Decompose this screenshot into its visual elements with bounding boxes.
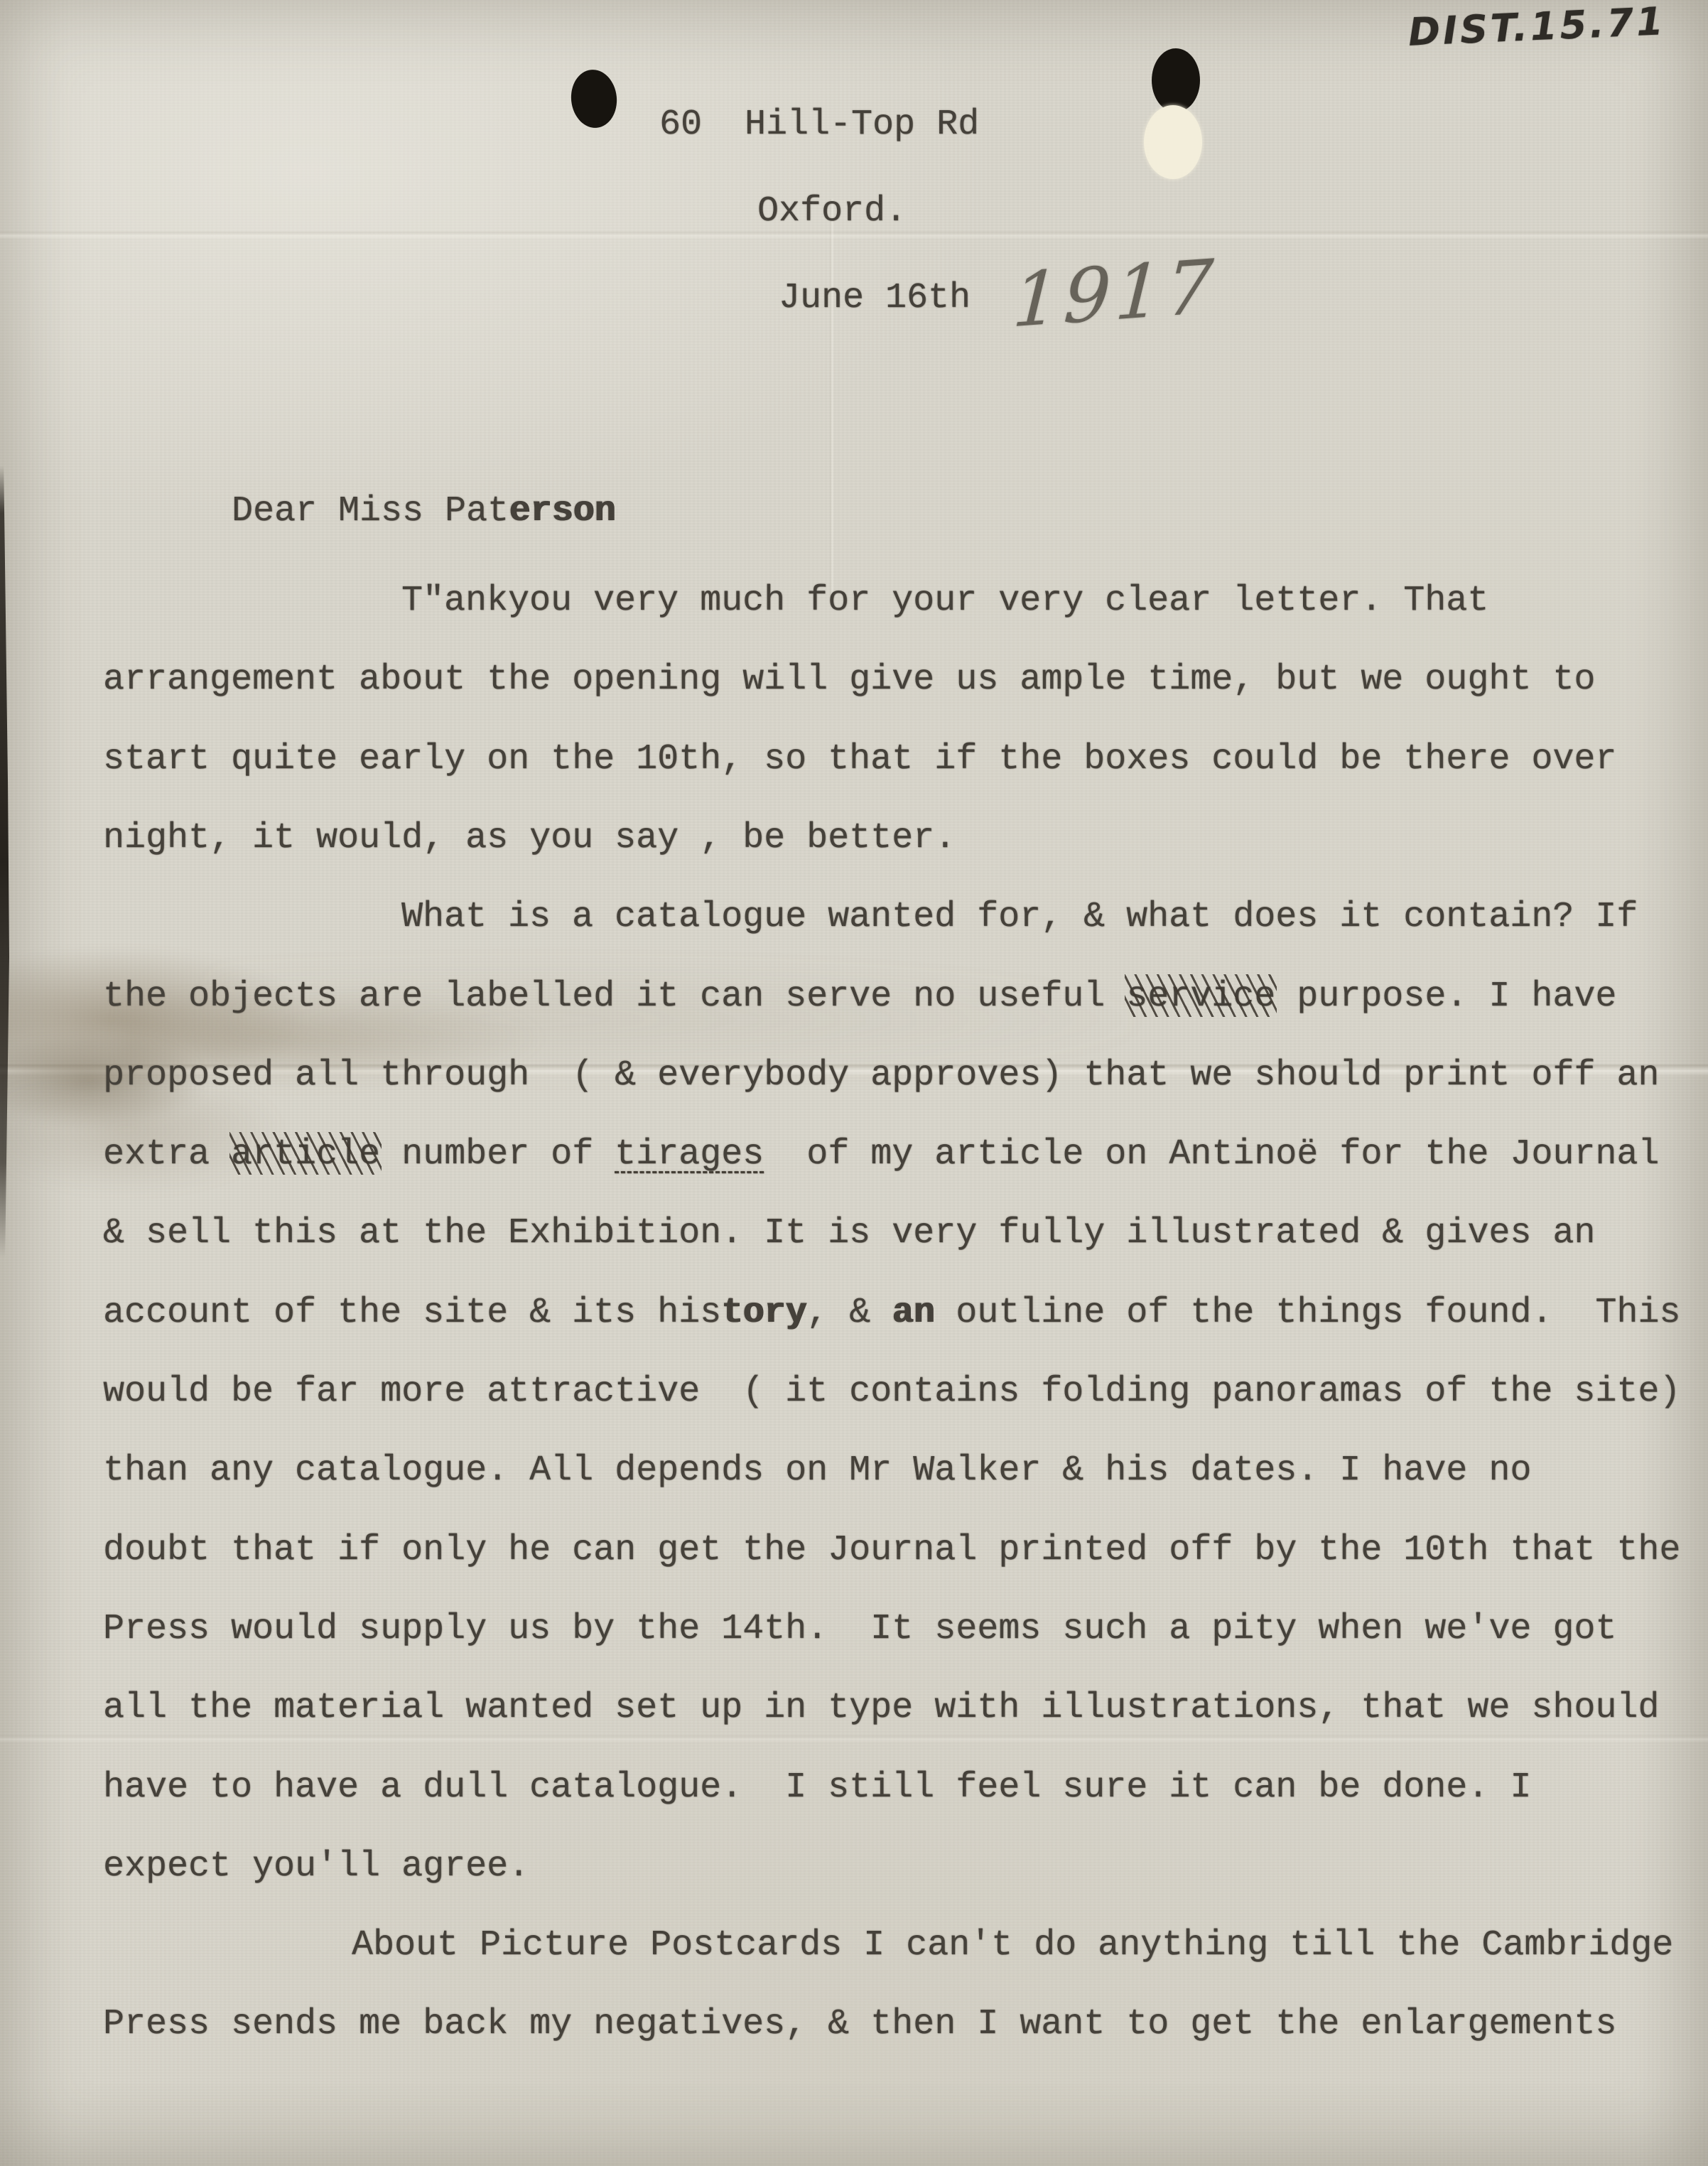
letter-line: would be far more attractive ( it contai… bbox=[103, 1372, 1680, 1412]
address-line-1: 60 Hill-Top Rd bbox=[659, 105, 979, 145]
letter-line: Press sends me back my negatives, & then… bbox=[103, 2005, 1616, 2044]
scan-edge-shadow bbox=[0, 465, 9, 1258]
letter-line: account of the site & its history, & an … bbox=[103, 1293, 1680, 1333]
typed-text-underline: tirages bbox=[615, 1134, 764, 1175]
letter-line: doubt that if only he can get the Journa… bbox=[103, 1531, 1680, 1570]
letter-line: arrangement about the opening will give … bbox=[103, 660, 1595, 700]
letter-line: What is a catalogue wanted for, & what d… bbox=[103, 898, 1638, 937]
typed-text: proposed all through ( & everybody appro… bbox=[103, 1055, 1659, 1096]
fold-crease-lower bbox=[0, 1735, 1708, 1742]
typed-text: expect you'll agree. bbox=[103, 1846, 529, 1887]
typed-text: arrangement about the opening will give … bbox=[103, 659, 1595, 700]
typed-text: would be far more attractive ( it contai… bbox=[103, 1372, 1680, 1412]
typed-text: extra bbox=[103, 1134, 231, 1175]
letter-line: proposed all through ( & everybody appro… bbox=[103, 1056, 1659, 1096]
letter-line: & sell this at the Exhibition. It is ver… bbox=[103, 1214, 1595, 1254]
fold-crease-top bbox=[0, 232, 1708, 239]
salutation-overtyped: erson bbox=[509, 491, 615, 532]
typed-text-overtype: tory bbox=[721, 1293, 806, 1333]
letter-line: About Picture Postcards I can't do anyth… bbox=[103, 1926, 1673, 1966]
typed-text: & sell this at the Exhibition. It is ver… bbox=[103, 1213, 1595, 1254]
date-year-handwritten: 1917 bbox=[1010, 243, 1219, 345]
punch-hole-left bbox=[568, 68, 620, 130]
typed-text: start quite early on the 10th, so that i… bbox=[103, 739, 1616, 780]
date-typed: June 16th bbox=[779, 279, 971, 318]
letter-line: than any catalogue. All depends on Mr Wa… bbox=[103, 1451, 1531, 1491]
typed-text: night, it would, as you say , be better. bbox=[103, 818, 956, 858]
typed-text: What is a catalogue wanted for, & what d… bbox=[401, 897, 1638, 937]
letter-line: the objects are labelled it can serve no… bbox=[103, 977, 1616, 1017]
typed-text: Press would supply us by the 14th. It se… bbox=[103, 1609, 1616, 1649]
letter-line: Press would supply us by the 14th. It se… bbox=[103, 1610, 1616, 1649]
letter-line: all the material wanted set up in type w… bbox=[103, 1688, 1659, 1728]
salutation-prefix: Dear Miss Pat bbox=[232, 491, 509, 532]
typed-text: all the material wanted set up in type w… bbox=[103, 1688, 1659, 1728]
letter-line: start quite early on the 10th, so that i… bbox=[103, 740, 1616, 780]
typed-text: have to have a dull catalogue. I still f… bbox=[103, 1767, 1531, 1808]
typed-text: About Picture Postcards I can't do anyth… bbox=[352, 1925, 1673, 1966]
fold-crease-vertical bbox=[830, 199, 834, 597]
letter-line: T"ankyou very much for your very clear l… bbox=[103, 581, 1488, 621]
salutation: Dear Miss Paterson bbox=[232, 492, 615, 532]
typed-text: doubt that if only he can get the Journa… bbox=[103, 1530, 1680, 1570]
punch-hole-right bbox=[1152, 48, 1200, 112]
typed-text: than any catalogue. All depends on Mr Wa… bbox=[103, 1450, 1531, 1491]
typed-text: purpose. I have bbox=[1275, 976, 1616, 1017]
address-line-2: Oxford. bbox=[757, 192, 907, 232]
typed-text-struck: service bbox=[1126, 977, 1275, 1017]
letter-line: extra article number of tirages of my ar… bbox=[103, 1135, 1659, 1175]
typed-text: of my article on Antinoë for the Journal bbox=[764, 1134, 1659, 1175]
typed-text: number of bbox=[380, 1134, 615, 1175]
sticker-dot bbox=[1144, 105, 1202, 179]
typed-text: T"ankyou very much for your very clear l… bbox=[401, 581, 1488, 621]
letter-line: night, it would, as you say , be better. bbox=[103, 819, 956, 858]
archive-annotation: DIST.15.71 bbox=[1407, 0, 1667, 55]
typed-text: outline of the things found. This bbox=[934, 1293, 1680, 1333]
typed-text: account of the site & its his bbox=[103, 1293, 721, 1333]
typed-text: Press sends me back my negatives, & then… bbox=[103, 2004, 1616, 2044]
typed-text: , & bbox=[806, 1293, 892, 1333]
typed-text-overtype: an bbox=[892, 1293, 934, 1333]
typed-text-struck: article bbox=[231, 1135, 380, 1175]
letter-page: DIST.15.71 60 Hill-Top Rd Oxford. June 1… bbox=[0, 0, 1708, 2166]
typed-text: the objects are labelled it can serve no… bbox=[103, 976, 1126, 1017]
letter-line: have to have a dull catalogue. I still f… bbox=[103, 1768, 1531, 1808]
letter-line: expect you'll agree. bbox=[103, 1847, 529, 1887]
